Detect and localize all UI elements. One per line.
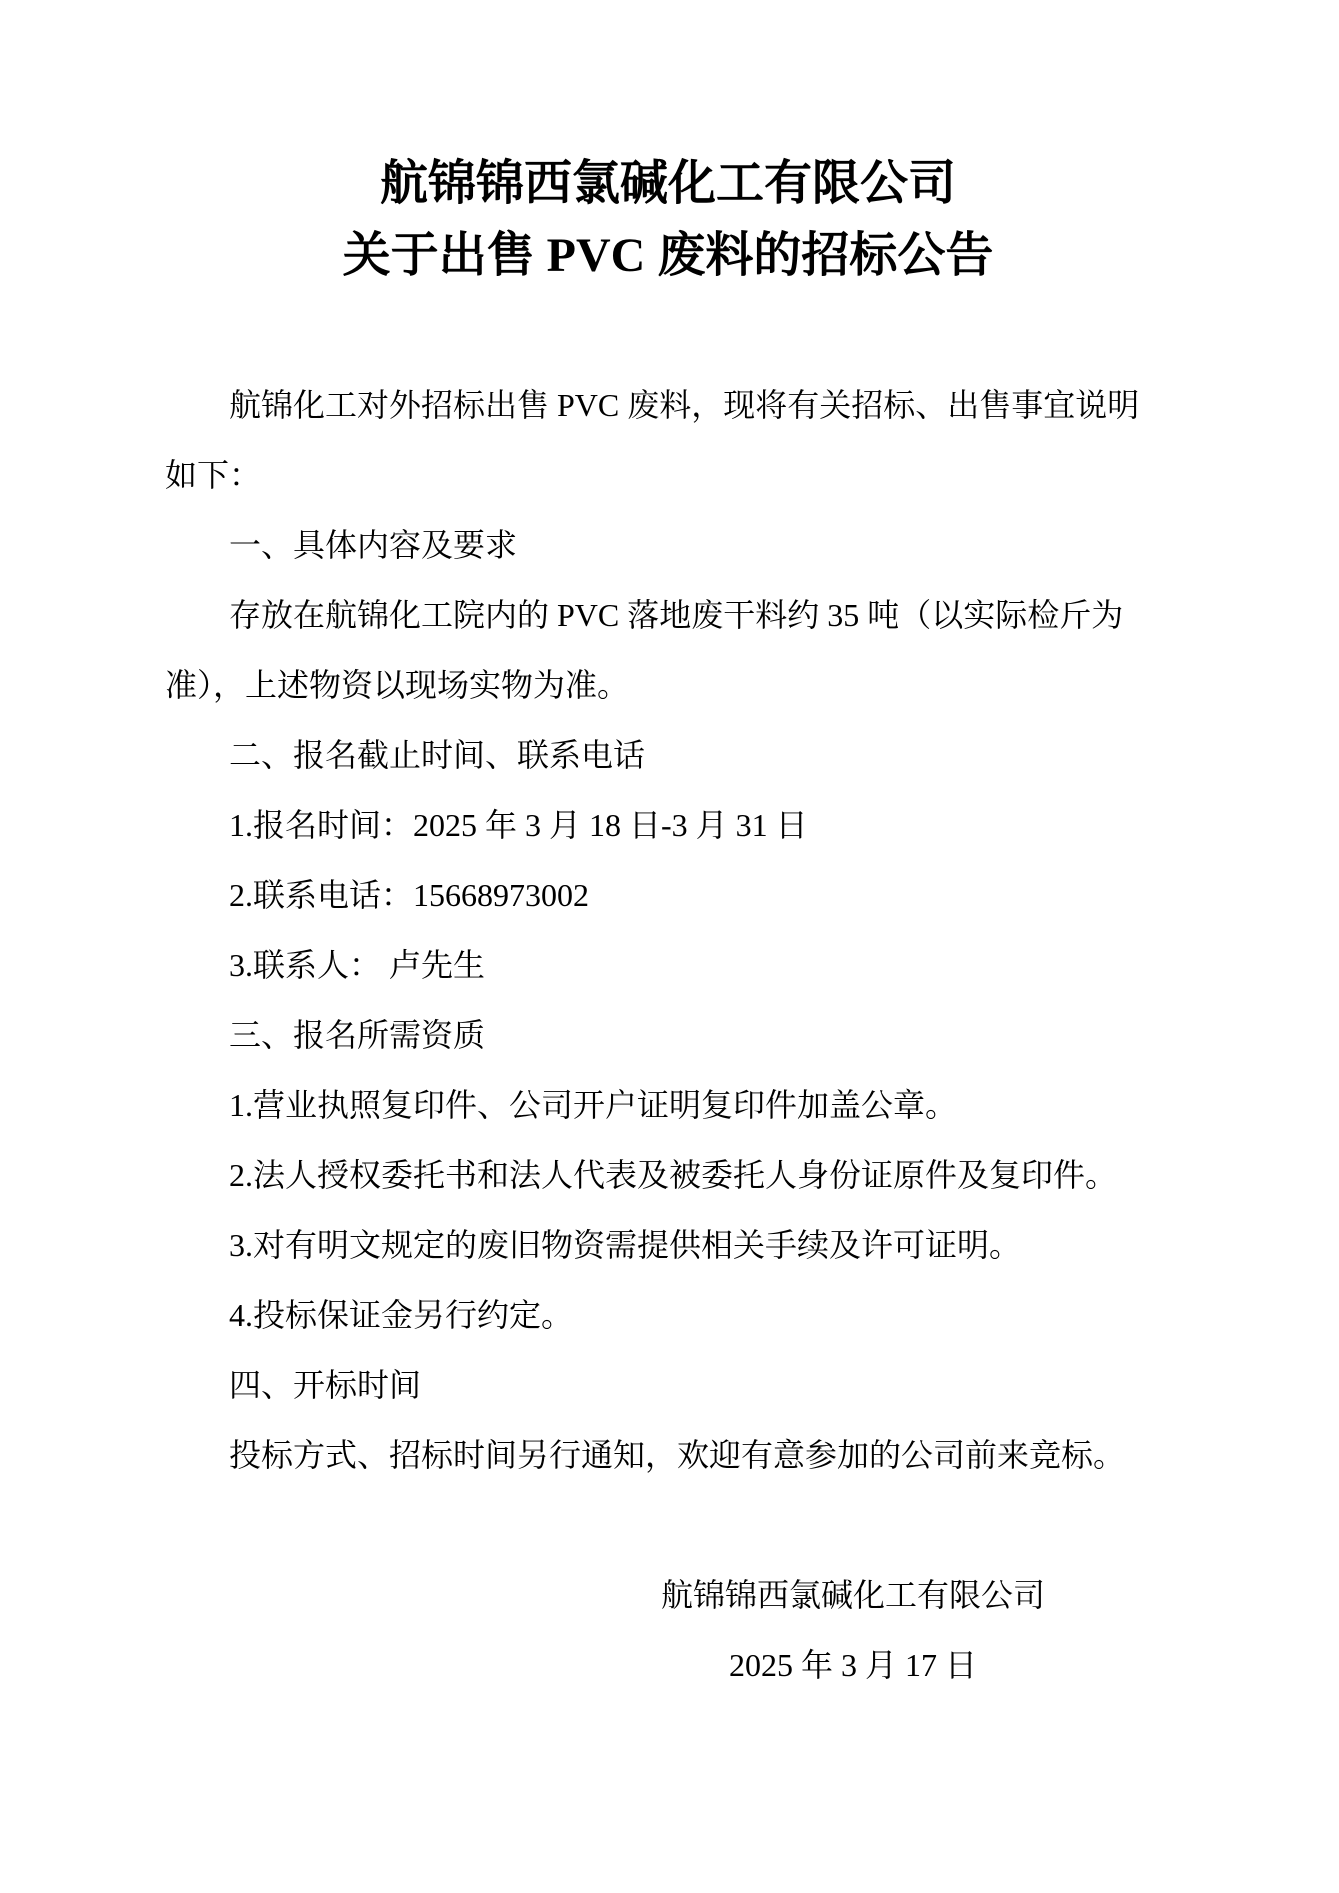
section-3-heading: 三、报名所需资质 [165,1000,1171,1070]
document-title-line-2: 关于出售 PVC 废料的招标公告 [165,220,1171,292]
signature-block: 航锦锦西氯碱化工有限公司 2025 年 3 月 17 日 [573,1560,1133,1700]
section-2-heading: 二、报名截止时间、联系电话 [165,720,1171,790]
item-qualification-2: 2.法人授权委托书和法人代表及被委托人身份证原件及复印件。 [165,1140,1171,1210]
document-page: 航锦锦西氯碱化工有限公司 关于出售 PVC 废料的招标公告 航锦化工对外招标出售… [0,0,1339,1893]
document-title: 航锦锦西氯碱化工有限公司 关于出售 PVC 废料的招标公告 [165,0,1171,292]
section-1-content-1: 存放在航锦化工院内的 PVC 落地废干料约 35 吨（以实际检斤为 [165,580,1171,650]
item-contact-phone: 2.联系电话：15668973002 [165,860,1171,930]
item-qualification-1: 1.营业执照复印件、公司开户证明复印件加盖公章。 [165,1070,1171,1140]
section-4-heading: 四、开标时间 [165,1350,1171,1420]
document-title-line-1: 航锦锦西氯碱化工有限公司 [165,148,1171,220]
section-4-content: 投标方式、招标时间另行通知，欢迎有意参加的公司前来竞标。 [165,1420,1171,1490]
signature-date: 2025 年 3 月 17 日 [573,1630,1133,1700]
item-signup-time: 1.报名时间：2025 年 3 月 18 日-3 月 31 日 [165,790,1171,860]
intro-line-1: 航锦化工对外招标出售 PVC 废料，现将有关招标、出售事宜说明 [165,370,1171,440]
item-qualification-3: 3.对有明文规定的废旧物资需提供相关手续及许可证明。 [165,1210,1171,1280]
document-content: 航锦锦西氯碱化工有限公司 关于出售 PVC 废料的招标公告 航锦化工对外招标出售… [0,0,1339,1700]
item-qualification-4: 4.投标保证金另行约定。 [165,1280,1171,1350]
intro-line-2: 如下： [165,440,1171,510]
document-body: 航锦化工对外招标出售 PVC 废料，现将有关招标、出售事宜说明 如下： 一、具体… [165,370,1171,1490]
signature-company: 航锦锦西氯碱化工有限公司 [573,1560,1133,1630]
section-1-heading: 一、具体内容及要求 [165,510,1171,580]
item-contact-person: 3.联系人： 卢先生 [165,930,1171,1000]
section-1-content-2: 准），上述物资以现场实物为准。 [165,650,1171,720]
